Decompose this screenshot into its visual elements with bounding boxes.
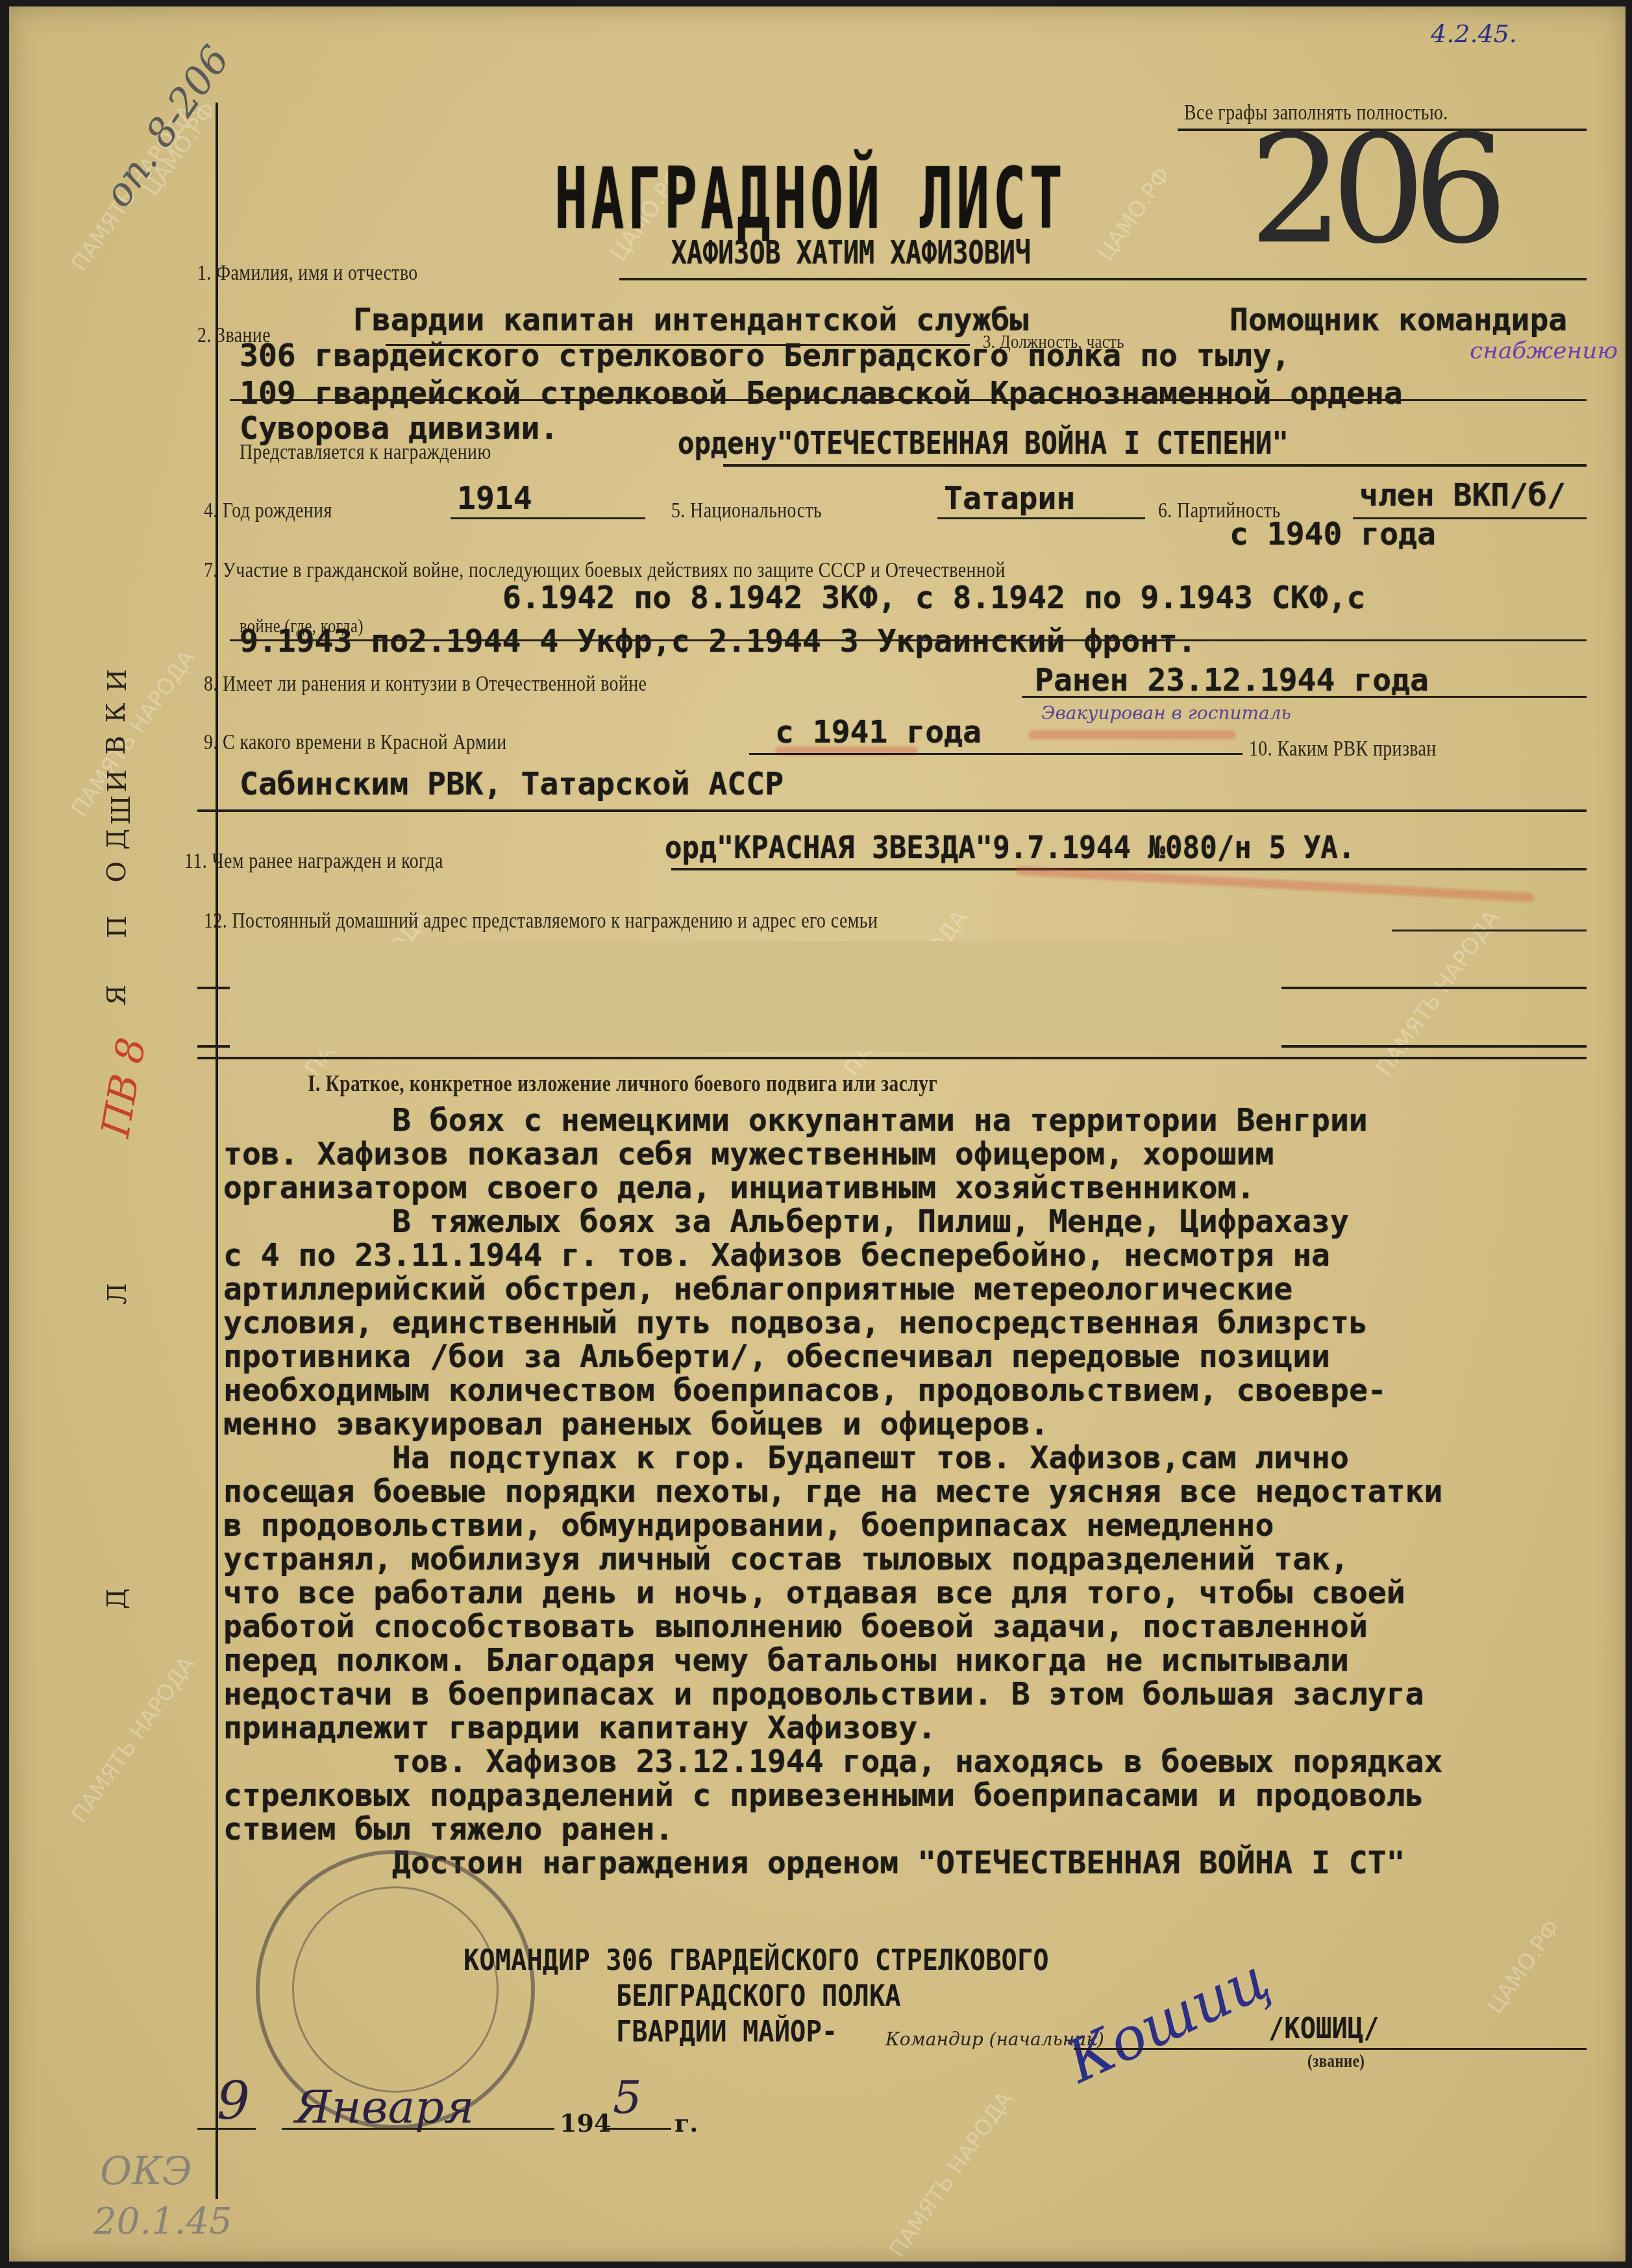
merit-line: ствием был тяжело ранен. bbox=[223, 1812, 1626, 1846]
commander-title-line1: КОМАНДИР 306 ГВАРДЕЙСКОГО СТРЕЛКОВОГО bbox=[464, 1944, 1049, 1977]
merit-line: В боях с немецкими оккупантами на террит… bbox=[223, 1103, 1626, 1137]
nationality-label: 5. Национальность bbox=[671, 499, 822, 523]
redacted-address bbox=[230, 941, 1281, 1052]
commander-title-line3: ГВАРДИИ МАЙОР- bbox=[616, 2015, 837, 2049]
watermark: ПАМЯТЬ НАРОДА bbox=[884, 2087, 1018, 2263]
date-year-suffix: 5 bbox=[613, 2071, 642, 2124]
merit-line: устранял, мобилизуя личный состав тыловы… bbox=[223, 1542, 1626, 1576]
corner-date: 4.2.45. bbox=[1431, 19, 1517, 48]
combat-participation-value-line1: 6.1942 по 8.1942 ЗКФ, с 8.1942 по 9.1943… bbox=[502, 580, 1365, 616]
watermark: ЦАМО.РФ bbox=[1093, 162, 1176, 265]
army-since-value: с 1941 года bbox=[775, 714, 982, 750]
commander-name: /КОШИЦ/ bbox=[1268, 2012, 1379, 2045]
merit-line: организатором своего дела, инциативным х… bbox=[223, 1171, 1626, 1205]
merit-line: противника /бои за Альберти/, обеспечива… bbox=[223, 1340, 1626, 1374]
full-name-value: ХАФИЗОВ ХАТИМ ХАФИЗОВИЧ bbox=[671, 234, 1031, 271]
margin-letter: Д bbox=[102, 829, 132, 850]
rule bbox=[282, 2128, 554, 2130]
commander-signature: Кошиц bbox=[1056, 1944, 1279, 2097]
rule bbox=[197, 2128, 256, 2130]
margin-line bbox=[216, 103, 218, 2199]
merit-line: посещая боевые порядки пехоты, где на ме… bbox=[223, 1475, 1626, 1509]
award-value: ордену"ОТЕЧЕСТВЕННАЯ ВОЙНА I СТЕПЕНИ" bbox=[678, 425, 1289, 462]
wounds-handwritten-note: Эвакуирован в госпиталь bbox=[1041, 702, 1291, 724]
watermark: ПАМЯТЬ НАРОДА bbox=[66, 1652, 200, 1828]
merit-line: тов. Хафизов 23.12.1944 года, находясь в… bbox=[223, 1745, 1626, 1779]
sheet-number: 206 bbox=[1249, 104, 1495, 277]
rank-value: Гвардии капитан интендантской службы bbox=[353, 302, 1028, 338]
full-name-label: 1. Фамилия, имя и отчество bbox=[197, 261, 418, 286]
merit-line: условия, единственный путь подвоза, непо… bbox=[223, 1306, 1626, 1340]
margin-letter: И bbox=[103, 669, 132, 692]
rule bbox=[230, 639, 1587, 641]
watermark: ПАМЯТЬ НАРОДА bbox=[1371, 906, 1505, 1081]
merit-line: артиллерийский обстрел, неблагоприятные … bbox=[223, 1272, 1626, 1306]
red-pencil-mark bbox=[1015, 866, 1535, 902]
rule bbox=[1022, 696, 1587, 698]
margin-letter: П bbox=[103, 916, 132, 939]
date-year-unit: г. bbox=[674, 2108, 699, 2138]
award-sheet-paper: ПАМЯТЬ НАРОДА ЦАМО.РФ ЦАМО.РФ ЦАМО.РФ ПА… bbox=[9, 6, 1626, 2262]
margin-letter: Д bbox=[102, 1588, 132, 1610]
section-heading: I. Краткое, конкретное изложение личного… bbox=[308, 1070, 937, 1097]
rvk-value: Сабинским РВК, Татарской АССР bbox=[240, 766, 784, 802]
date-day: 9 bbox=[217, 2071, 250, 2131]
rank-caption: (звание) bbox=[1307, 2051, 1365, 2072]
margin-letter: Л bbox=[103, 1283, 132, 1304]
position-handwritten-insert: снабжению bbox=[1470, 338, 1618, 364]
prior-awards-value: орд"КРАСНАЯ ЗВЕЗДА"9.7.1944 №080/н 5 УА. bbox=[665, 830, 1355, 866]
rule bbox=[723, 464, 1587, 467]
rule bbox=[606, 2128, 671, 2130]
merit-line: менно эвакуировал раненых бойцев и офице… bbox=[223, 1407, 1626, 1441]
merit-line: перед полком. Благодаря чему батальоны н… bbox=[223, 1644, 1626, 1677]
rule bbox=[619, 278, 1587, 280]
birth-year-value: 1914 bbox=[457, 480, 532, 517]
pencil-note-line1: ОКЭ bbox=[100, 2149, 192, 2194]
merit-line: с 4 по 23.11.1944 г. тов. Хафизов беспер… bbox=[223, 1239, 1626, 1272]
margin-letter: К bbox=[101, 703, 131, 723]
home-address-label: 12. Постоянный домашний адрес представля… bbox=[204, 909, 878, 933]
award-label: Представляется к награждению bbox=[240, 440, 491, 465]
merit-line: недостачи в боеприпасах и продовольствии… bbox=[223, 1677, 1626, 1711]
position-value-line1: Помощник командира bbox=[1230, 302, 1567, 338]
position-value-line2: 306 гвардейского стрелкового Белградског… bbox=[240, 338, 1290, 374]
margin-letter: Я bbox=[102, 985, 132, 1005]
margin-letter: О bbox=[102, 861, 132, 883]
merit-line: В тяжелых боях за Альберти, Пилиш, Менде… bbox=[223, 1205, 1626, 1239]
date-month: Января bbox=[295, 2080, 474, 2134]
rule bbox=[671, 868, 1587, 870]
merit-line: стрелковых подразделений с привезенными … bbox=[223, 1779, 1626, 1812]
merit-line: необходимым количеством боеприпасов, про… bbox=[223, 1374, 1626, 1407]
rule bbox=[197, 1057, 1587, 1059]
merit-line: На подступах к гор. Будапешт тов. Хафизо… bbox=[223, 1441, 1626, 1475]
rvk-label: 10. Каким РВК призван bbox=[1249, 737, 1437, 761]
margin-letter: Ш bbox=[106, 795, 136, 825]
watermark: ЦАМО.РФ bbox=[1482, 1915, 1565, 2018]
merit-line: тов. Хафизов показал себя мужественным о… bbox=[223, 1137, 1626, 1171]
red-pencil-mark bbox=[1028, 730, 1236, 739]
rule bbox=[749, 753, 1243, 755]
nationality-value: Татарин bbox=[944, 480, 1075, 517]
rule bbox=[1074, 2048, 1587, 2050]
rule bbox=[451, 517, 645, 519]
position-value-line3: 109 гвардейской стрелковой Бериславской … bbox=[240, 375, 1403, 412]
prior-awards-label: 11. Чем ранее награжден и когда bbox=[184, 849, 443, 874]
rule bbox=[230, 399, 1587, 401]
wounds-label: 8. Имеет ли ранения и контузии в Отечест… bbox=[204, 672, 647, 696]
wounds-value: Ранен 23.12.1944 года bbox=[1035, 662, 1429, 698]
commander-title-line2: БЕЛГРАДСКОГО ПОЛКА bbox=[616, 1980, 901, 2013]
margin-red-note: ПВ 8 bbox=[93, 1034, 155, 1140]
merit-description: В боях с немецкими оккупантами на террит… bbox=[223, 1103, 1626, 1880]
date-year-prefix: 194 bbox=[560, 2108, 611, 2138]
merit-line: в продовольствии, обмундировании, боепри… bbox=[223, 1509, 1626, 1542]
birth-year-label: 4. Год рождения bbox=[204, 499, 332, 523]
rule bbox=[937, 517, 1145, 519]
merit-line: принадлежит гвардии капитану Хафизову. bbox=[223, 1711, 1626, 1745]
pencil-note-line2: 20.1.45 bbox=[93, 2200, 232, 2243]
party-value-line2: с 1940 года bbox=[1230, 516, 1436, 552]
merit-line: что все работали день и ночь, отдавая вс… bbox=[223, 1576, 1626, 1610]
merit-line: работой способствовать выполнению боевой… bbox=[223, 1610, 1626, 1644]
army-since-label: 9. С какого времени в Красной Армии bbox=[204, 730, 507, 755]
party-value-line1: член ВКП/б/ bbox=[1359, 477, 1566, 513]
combat-participation-value-line2: 9.1943 по2.1944 4 Укфр,с 2.1944 3 Украин… bbox=[240, 623, 1196, 659]
rule bbox=[1392, 930, 1587, 931]
margin-letter: В bbox=[101, 735, 131, 754]
rule bbox=[197, 809, 1587, 812]
margin-letter: И bbox=[103, 770, 132, 793]
